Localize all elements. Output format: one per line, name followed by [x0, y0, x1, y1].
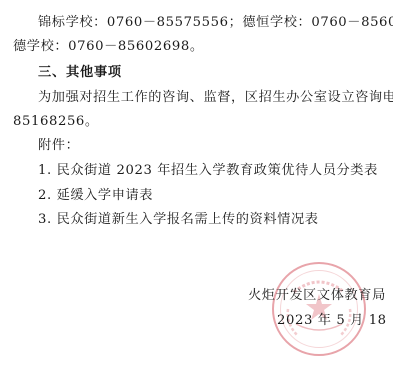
issuer-name: 火炬开发区文体教育局	[248, 288, 386, 304]
contact-line-1: 锦标学校：0760－85575556；德恒学校：0760－85602999；正	[38, 15, 393, 31]
attachments-label: 附件：	[38, 138, 79, 154]
contact-line-2: 德学校：0760－85602698。	[13, 39, 204, 55]
section-body-line-2: 85168256。	[13, 114, 99, 130]
issue-date: 2023 年 5 月 18 日	[277, 313, 393, 329]
stamp-emblem-icon	[274, 264, 364, 354]
section-body-line-1: 为加强对招生工作的咨询、监督，区招生办公室设立咨询电话：	[38, 90, 393, 106]
attachment-item-3: 3. 民众街道新生入学报名需上传的资料情况表	[38, 212, 319, 228]
attachment-item-1: 1. 民众街道 2023 年招生入学教育政策优待人员分类表	[38, 163, 378, 179]
attachment-item-2: 2. 延缓入学申请表	[38, 188, 153, 204]
section-heading-other-matters: 三、其他事项	[38, 65, 122, 81]
official-seal-stamp	[272, 262, 366, 356]
